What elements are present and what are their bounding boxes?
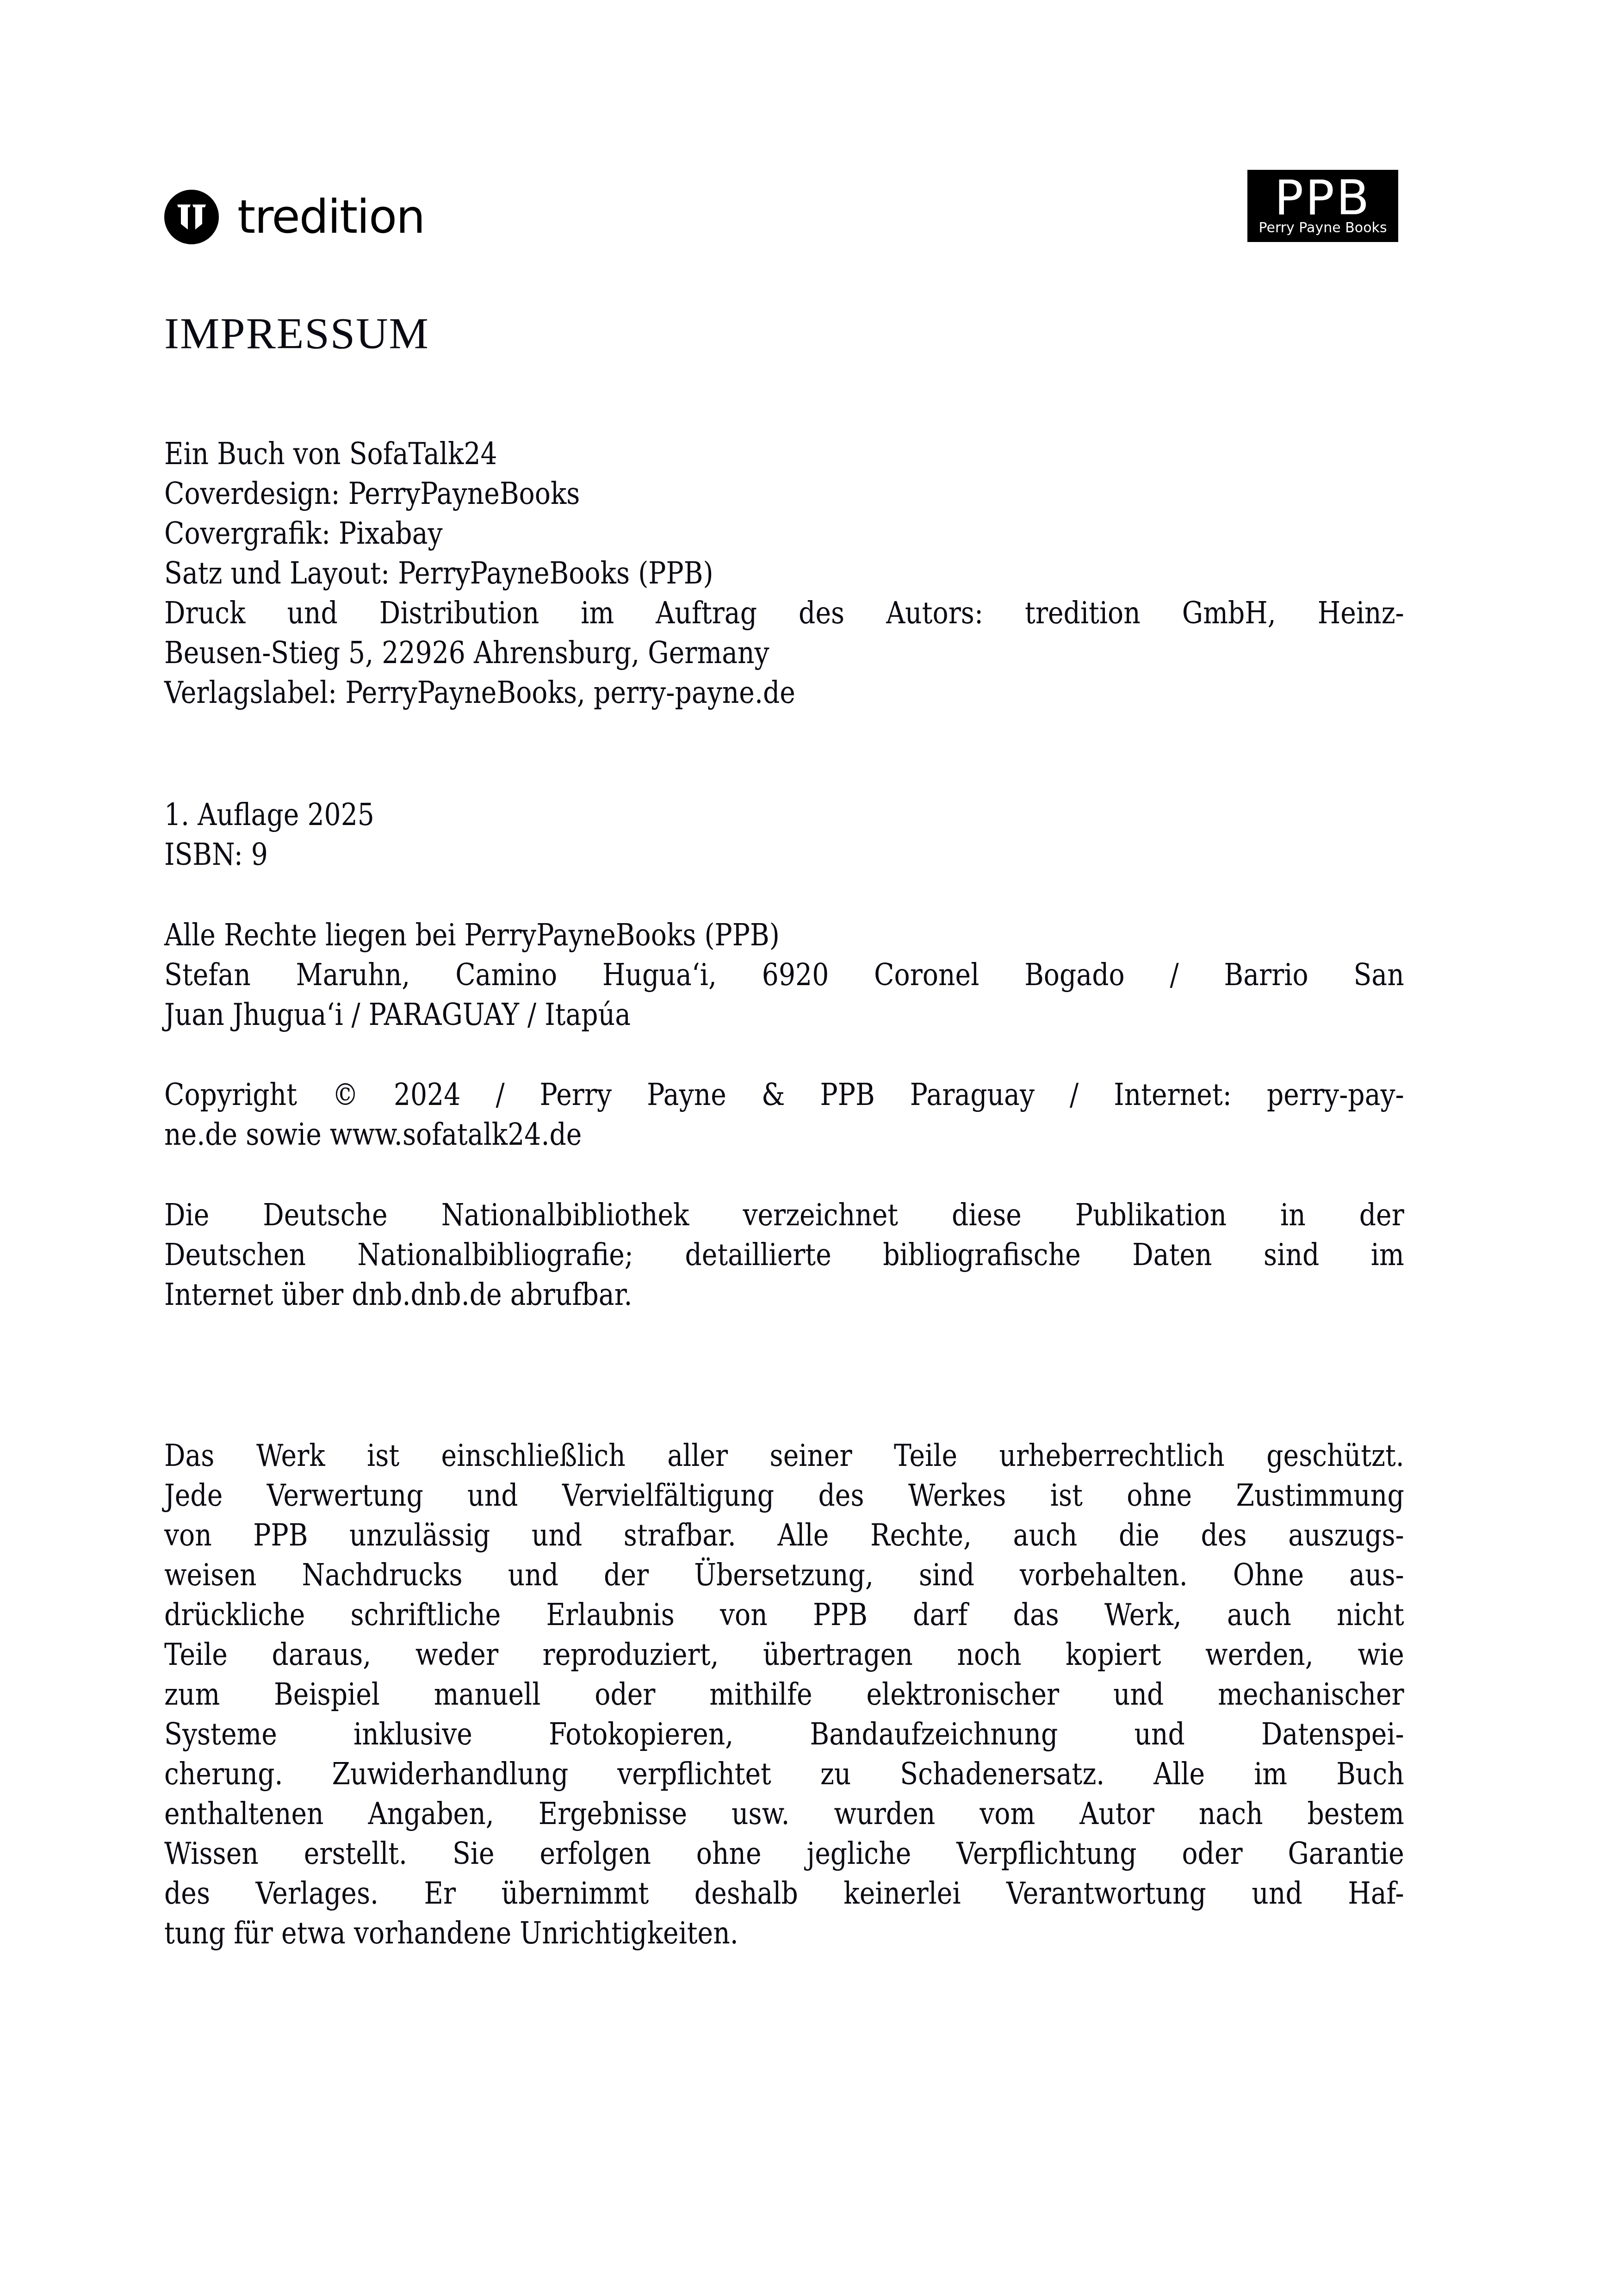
legal-notice-line: Teile daraus, weder reproduziert, übertr… xyxy=(164,1635,1404,1675)
legal-notice-line: zum Beispiel manuell oder mithilfe elekt… xyxy=(164,1675,1404,1714)
legal-notice-line: weisen Nachdrucks und der Übersetzung, s… xyxy=(164,1555,1404,1595)
legal-notice-line: Systeme inklusive Fotokopieren, Bandaufz… xyxy=(164,1714,1404,1754)
rights-line: Alle Rechte liegen bei PerryPayneBooks (… xyxy=(164,915,1231,955)
edition-label: 1. Auflage 2025 xyxy=(164,795,1231,835)
legal-notice-line: enthaltenen Angaben, Ergebnisse usw. wur… xyxy=(164,1794,1404,1834)
legal-notice-line: von PPB unzulässig und strafbar. Alle Re… xyxy=(164,1515,1404,1555)
legal-notice-line: Wissen erstellt. Sie erfolgen ohne jegli… xyxy=(164,1834,1404,1874)
copyright-line: ne.de sowie www.sofatalk24.de xyxy=(164,1115,1231,1154)
legal-notice-line: tung für etwa vorhandene Unrichtigkeiten… xyxy=(164,1913,1231,1953)
legal-notice-line: Jede Verwertung und Vervielfältigung des… xyxy=(164,1476,1404,1515)
dnb-notice-line: Internet über dnb.dnb.de abrufbar. xyxy=(164,1275,1231,1315)
rights-address-line: Juan Jhugua‘i / PARAGUAY / Itapúa xyxy=(164,995,1231,1035)
tredition-logo: tredition xyxy=(164,190,424,244)
edition-block: 1. Auflage 2025 ISBN: 9 xyxy=(164,795,1231,875)
tredition-t-glyph-icon xyxy=(175,201,208,233)
credit-line: Beusen-Stieg 5, 22926 Ahrensburg, German… xyxy=(164,633,1231,673)
ppb-logo: PPB Perry Payne Books xyxy=(1247,170,1398,242)
credit-line: Verlagslabel: PerryPayneBooks, perry-pay… xyxy=(164,673,1231,713)
rights-block: Alle Rechte liegen bei PerryPayneBooks (… xyxy=(164,915,1231,1035)
legal-notice-line: cherung. Zuwiderhandlung verpflichtet zu… xyxy=(164,1754,1404,1794)
dnb-notice-block: Die Deutsche Nationalbibliothek verzeich… xyxy=(164,1195,1231,1315)
credits-block: Ein Buch von SofaTalk24 Coverdesign: Per… xyxy=(164,434,1231,713)
copyright-block: Copyright © 2024 / Perry Payne & PPB Par… xyxy=(164,1075,1231,1154)
ppb-logo-subtitle: Perry Payne Books xyxy=(1258,220,1387,236)
page-title: IMPRESSUM xyxy=(164,308,429,359)
credit-line: Druck und Distribution im Auftrag des Au… xyxy=(164,593,1404,633)
credit-line: Satz und Layout: PerryPayneBooks (PPB) xyxy=(164,553,1231,593)
legal-notice-line: des Verlages. Er übernimmt deshalb keine… xyxy=(164,1874,1404,1913)
copyright-line: Copyright © 2024 / Perry Payne & PPB Par… xyxy=(164,1075,1404,1115)
dnb-notice-line: Deutschen Nationalbibliografie; detailli… xyxy=(164,1235,1404,1275)
legal-notice-line: Das Werk ist einschließlich aller seiner… xyxy=(164,1436,1404,1476)
legal-notice-line: drückliche schriftliche Erlaubnis von PP… xyxy=(164,1595,1404,1635)
tredition-wordmark: tredition xyxy=(237,194,424,240)
rights-address-line: Stefan Maruhn, Camino Hugua‘i, 6920 Coro… xyxy=(164,955,1404,995)
isbn-label: ISBN: 9 xyxy=(164,835,1231,875)
credit-line: Covergrafik: Pixabay xyxy=(164,514,1231,553)
credit-line: Coverdesign: PerryPayneBooks xyxy=(164,474,1231,514)
ppb-logo-letters: PPB xyxy=(1275,176,1371,220)
tredition-logo-icon xyxy=(164,190,219,244)
credit-line: Ein Buch von SofaTalk24 xyxy=(164,434,1231,474)
legal-notice-block: Das Werk ist einschließlich aller seiner… xyxy=(164,1436,1231,1953)
dnb-notice-line: Die Deutsche Nationalbibliothek verzeich… xyxy=(164,1195,1404,1235)
